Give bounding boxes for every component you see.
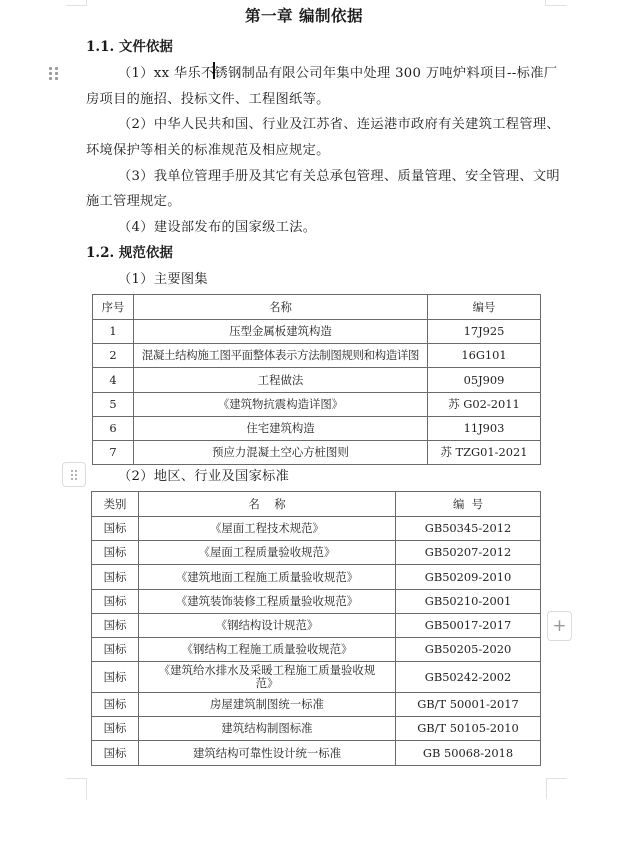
cell-code: GB50209-2010 — [396, 565, 541, 590]
paragraph-line: （2）中华人民共和国、行业及江苏省、连运港市政府有关建筑工程管理、 — [118, 113, 560, 132]
table-row: 国标 《屋面工程技术规范》 GB50345-2012 — [92, 517, 541, 541]
cell-code: GB50205-2020 — [396, 638, 541, 662]
cell-code: GB50242-2002 — [396, 662, 541, 693]
paragraph-line: （4）建设部发布的国家级工法。 — [118, 216, 316, 235]
cell-code: 苏 G02-2011 — [428, 393, 541, 417]
cell-index: 1 — [93, 320, 134, 344]
table-row: 国标 建筑结构可靠性设计统一标准 GB 50068-2018 — [92, 741, 541, 766]
table-header-row: 类别 名 称 编 号 — [92, 492, 541, 517]
add-button[interactable]: + — [547, 611, 572, 641]
cell-name: 建筑结构可靠性设计统一标准 — [139, 741, 396, 766]
header-cell: 名 称 — [139, 492, 396, 517]
cell-category: 国标 — [92, 590, 139, 614]
table-row: 4 工程做法 05J909 — [93, 368, 541, 393]
table-row: 国标 建筑结构制图标准 GB/T 50105-2010 — [92, 717, 541, 741]
table-row: 国标 《钢结构工程施工质量验收规范》 GB50205-2020 — [92, 638, 541, 662]
header-cell: 类别 — [92, 492, 139, 517]
cell-category: 国标 — [92, 614, 139, 638]
chapter-title: 第一章 编制依据 — [0, 4, 608, 26]
cell-code: GB/T 50105-2010 — [396, 717, 541, 741]
header-cell: 编号 — [428, 295, 541, 320]
cell-category: 国标 — [92, 717, 139, 741]
cell-category: 国标 — [92, 741, 139, 766]
cell-category: 国标 — [92, 662, 139, 693]
cell-name: 混凝土结构施工图平面整体表示方法制图规则和构造详图 — [134, 344, 428, 368]
paragraph-line: （3）我单位管理手册及其它有关总承包管理、质量管理、安全管理、文明 — [118, 165, 560, 184]
cell-name: 预应力混凝土空心方桩图则 — [134, 441, 428, 465]
section-heading-1-1: 1.1. 文件依据 — [86, 35, 173, 55]
cell-code: 11J903 — [428, 417, 541, 441]
cell-category: 国标 — [92, 517, 139, 541]
cell-name: 工程做法 — [134, 368, 428, 393]
cell-name: 《建筑给水排水及采暖工程施工质量验收规 范》 — [139, 662, 396, 693]
plus-icon: + — [552, 616, 566, 636]
cell-name: 《屋面工程质量验收规范》 — [139, 541, 396, 565]
header-cell: 序号 — [93, 295, 134, 320]
table-header-row: 序号 名称 编号 — [93, 295, 541, 320]
section-heading-1-2: 1.2. 规范依据 — [86, 241, 173, 261]
cell-name: 《建筑地面工程施工质量验收规范》 — [139, 565, 396, 590]
cell-name: 《钢结构设计规范》 — [139, 614, 396, 638]
cell-name: 房屋建筑制图统一标准 — [139, 693, 396, 717]
cell-category: 国标 — [92, 638, 139, 662]
page-corner-bottom-left — [66, 778, 87, 799]
header-cell: 名称 — [134, 295, 428, 320]
cell-category: 国标 — [92, 693, 139, 717]
text-cursor — [213, 62, 215, 79]
paragraph-line: 施工管理规定。 — [86, 190, 181, 209]
table-drag-handle[interactable] — [62, 462, 86, 487]
cell-index: 7 — [93, 441, 134, 465]
cell-index: 2 — [93, 344, 134, 368]
cell-code: GB 50068-2018 — [396, 741, 541, 766]
grip-icon — [71, 470, 77, 480]
cell-code: 16G101 — [428, 344, 541, 368]
cell-index: 4 — [93, 368, 134, 393]
cell-name: 《建筑装饰装修工程质量验收规范》 — [139, 590, 396, 614]
table-row: 国标 《建筑装饰装修工程质量验收规范》 GB50210-2001 — [92, 590, 541, 614]
cell-code: 05J909 — [428, 368, 541, 393]
cell-category: 国标 — [92, 541, 139, 565]
table-row: 国标 《钢结构设计规范》 GB50017-2017 — [92, 614, 541, 638]
paragraph-line: （1）xx 华乐不锈钢制品有限公司年集中处理 300 万吨炉料项目--标准厂 — [118, 62, 557, 81]
cell-category: 国标 — [92, 565, 139, 590]
cell-index: 5 — [93, 393, 134, 417]
cell-name: 压型金属板建筑构造 — [134, 320, 428, 344]
standards-table[interactable]: 类别 名 称 编 号 国标 《屋面工程技术规范》 GB50345-2012 国标… — [91, 491, 541, 766]
header-cell: 编 号 — [396, 492, 541, 517]
paragraph-line: 房项目的施招、投标文件、工程图纸等。 — [86, 88, 330, 107]
table-row: 国标 《建筑给水排水及采暖工程施工质量验收规 范》 GB50242-2002 — [92, 662, 541, 693]
cell-name: 《屋面工程技术规范》 — [139, 517, 396, 541]
drag-handle-icon[interactable] — [49, 67, 58, 80]
table-row: 国标 《屋面工程质量验收规范》 GB50207-2012 — [92, 541, 541, 565]
cell-code: 苏 TZG01-2021 — [428, 441, 541, 465]
table-row: 6 住宅建筑构造 11J903 — [93, 417, 541, 441]
paragraph-line: 环境保护等相关的标准规范及相应规定。 — [86, 139, 330, 158]
table-row: 2 混凝土结构施工图平面整体表示方法制图规则和构造详图 16G101 — [93, 344, 541, 368]
atlas-table[interactable]: 序号 名称 编号 1 压型金属板建筑构造 17J925 2 混凝土结构施工图平面… — [92, 294, 541, 465]
cell-name: 《建筑物抗震构造详图》 — [134, 393, 428, 417]
cell-code: GB50017-2017 — [396, 614, 541, 638]
cell-code: GB50210-2001 — [396, 590, 541, 614]
subheading-main-atlas: （1）主要图集 — [118, 268, 208, 287]
table-row: 国标 《建筑地面工程施工质量验收规范》 GB50209-2010 — [92, 565, 541, 590]
page-corner-bottom-right — [546, 778, 567, 799]
cell-code: GB/T 50001-2017 — [396, 693, 541, 717]
cell-name: 住宅建筑构造 — [134, 417, 428, 441]
table-row: 国标 房屋建筑制图统一标准 GB/T 50001-2017 — [92, 693, 541, 717]
cell-index: 6 — [93, 417, 134, 441]
cell-code: GB50207-2012 — [396, 541, 541, 565]
cell-name: 《钢结构工程施工质量验收规范》 — [139, 638, 396, 662]
cell-code: GB50345-2012 — [396, 517, 541, 541]
table-row: 5 《建筑物抗震构造详图》 苏 G02-2011 — [93, 393, 541, 417]
cell-code: 17J925 — [428, 320, 541, 344]
subheading-standards: （2）地区、行业及国家标准 — [118, 465, 289, 484]
table-row: 7 预应力混凝土空心方桩图则 苏 TZG01-2021 — [93, 441, 541, 465]
table-row: 1 压型金属板建筑构造 17J925 — [93, 320, 541, 344]
cell-name: 建筑结构制图标准 — [139, 717, 396, 741]
